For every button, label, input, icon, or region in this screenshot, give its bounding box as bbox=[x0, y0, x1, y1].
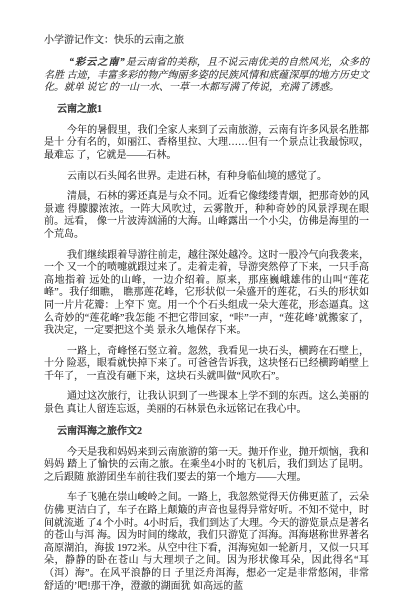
paragraph-trip2-intro: 今天是我和妈妈来到云南旅游的第一天。抛开作业，抛开烦恼，我和妈妈 踏上了愉快的云… bbox=[44, 447, 369, 485]
document-page: 小学游记作文：快乐的云南之旅 “彩云之南”是云南省的美称，且不说云南优美的自然风… bbox=[0, 0, 403, 600]
paragraph-wind-stone: 一路上，奇峰怪石竖立着。忽然，我看见一块石头，横跨在石壁上，十分 险恶，眼看就快… bbox=[44, 346, 369, 384]
intro-paragraph: “彩云之南”是云南省的美称，且不说云南优美的自然风光，众多的名胜 古迹，丰富多彩… bbox=[44, 57, 369, 95]
paragraph-morning-fog: 清晨，石林的雾还真是与众不同。近看它像缕缕青烟，把那奇妙的风景遮 得朦朦浓浓。一… bbox=[44, 191, 369, 241]
paragraph-trip1-intro: 今年的暑假里，我们全家人来到了云南旅游，云南有许多风景名胜都是十 分有名的，如丽… bbox=[44, 125, 369, 163]
section-heading-1: 云南之旅1 bbox=[44, 103, 369, 116]
section-heading-2: 云南洱海之旅作文2 bbox=[44, 425, 369, 438]
intro-lead: “彩云之南” bbox=[69, 57, 126, 68]
paragraph-trip1-conclusion: 通过这次旅行，让我认识到了一些课本上学不到的东西。这么美丽的景色 真让人留连忘返… bbox=[44, 391, 369, 416]
essay-title: 小学游记作文：快乐的云南之旅 bbox=[44, 34, 369, 47]
paragraph-erhai-lake: 车子飞驰在崇山峻岭之间。一路上，我忽然觉得天仿佛更蓝了，云朵仿佛 更洁白了，车子… bbox=[44, 492, 369, 593]
paragraph-stone-forest: 云南以石头闻名世界。走进石林，有种身临仙境的感觉了。 bbox=[44, 171, 369, 184]
paragraph-lotus-peak: 我们继续跟着导游往前走，越往深处越冷。这时一股冷气向我袭来，一个 又一个的喷嚏就… bbox=[44, 250, 369, 338]
